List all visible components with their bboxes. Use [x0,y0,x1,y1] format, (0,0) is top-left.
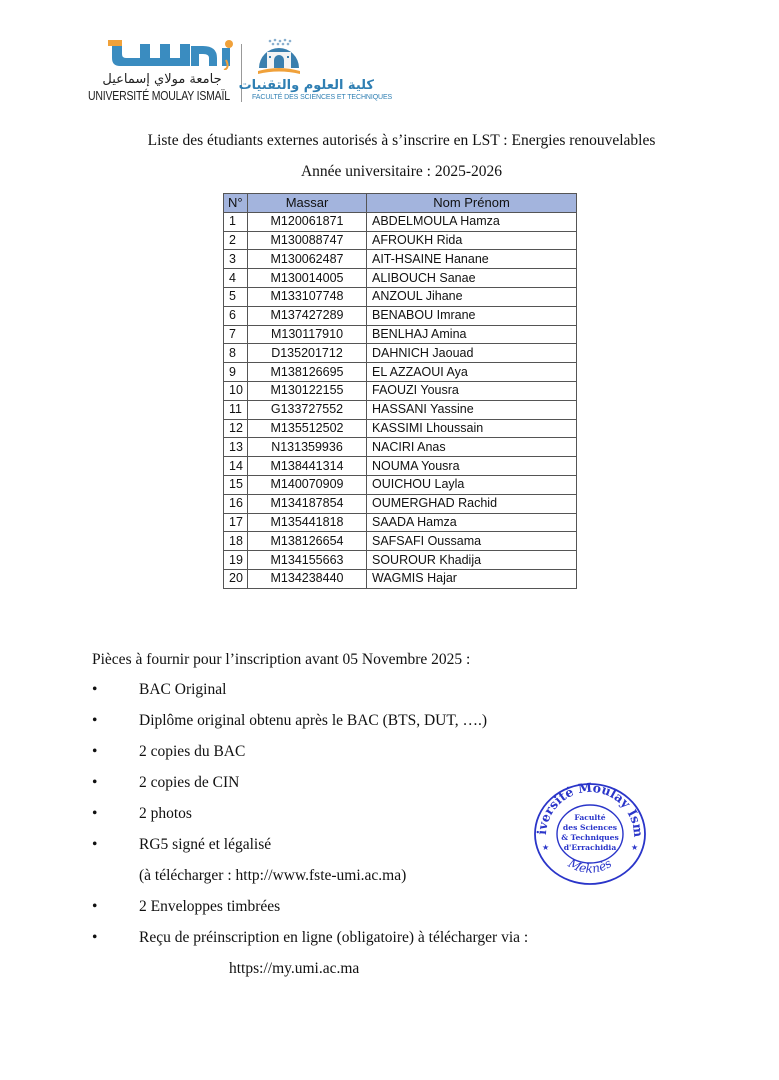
student-name: AFROUKH Rida [367,231,577,250]
svg-text:Meknès: Meknès [565,856,614,876]
massar-code: M138126695 [248,363,367,382]
student-name: ALIBOUCH Sanae [367,269,577,288]
row-number: 8 [224,344,248,363]
student-name: BENABOU Imrane [367,306,577,325]
massar-code: M134187854 [248,494,367,513]
row-number: 15 [224,475,248,494]
row-number: 4 [224,269,248,288]
student-name: AIT-HSAINE Hanane [367,250,577,269]
table-row: 15M140070909OUICHOU Layla [224,475,577,494]
row-number: 16 [224,494,248,513]
massar-code: M137427289 [248,306,367,325]
student-name: NOUMA Yousra [367,457,577,476]
table-row: 1M120061871ABDELMOULA Hamza [224,212,577,231]
preinscription-url: https://my.umi.ac.ma [229,960,359,978]
row-number: 2 [224,231,248,250]
row-number: 6 [224,306,248,325]
massar-code: M134238440 [248,569,367,588]
massar-code: M130088747 [248,231,367,250]
row-number: 20 [224,569,248,588]
table-row: 18M138126654SAFSAFI Oussama [224,532,577,551]
requirement-text: RG5 signé et légalisé [139,835,271,855]
table-row: 6M137427289BENABOU Imrane [224,306,577,325]
row-number: 9 [224,363,248,382]
row-number: 7 [224,325,248,344]
row-number: 13 [224,438,248,457]
requirement-text: Reçu de préinscription en ligne (obligat… [139,928,528,948]
svg-text:Faculté: Faculté [574,813,605,822]
student-name: WAGMIS Hajar [367,569,577,588]
fst-gate-emblem-icon [256,38,302,80]
table-row: 9M138126695EL AZZAOUI Aya [224,363,577,382]
massar-code: M133107748 [248,287,367,306]
table-row: 16M134187854OUMERGHAD Rachid [224,494,577,513]
requirement-text: BAC Original [139,680,226,700]
student-name: SOUROUR Khadija [367,551,577,570]
row-number: 18 [224,532,248,551]
massar-code: M130062487 [248,250,367,269]
row-number: 17 [224,513,248,532]
student-name: BENLHAJ Amina [367,325,577,344]
row-number: 14 [224,457,248,476]
bullet-icon: • [92,928,102,948]
umi-logo: جامعة مولاي إسماعيل UNIVERSITÉ MOULAY IS… [88,40,238,104]
academic-year: Année universitaire : 2025-2026 [12,163,779,181]
table-row: 17M135441818SAADA Hamza [224,513,577,532]
requirement-text: Diplôme original obtenu après le BAC (BT… [139,711,487,731]
table-row: 7M130117910BENLHAJ Amina [224,325,577,344]
row-number: 12 [224,419,248,438]
column-header-massar: Massar [248,194,367,213]
student-name: ANZOUL Jihane [367,287,577,306]
student-name: OUMERGHAD Rachid [367,494,577,513]
table-row: 11G133727552HASSANI Yassine [224,400,577,419]
student-name: OUICHOU Layla [367,475,577,494]
requirement-text: 2 Enveloppes timbrées [139,897,280,917]
row-number: 19 [224,551,248,570]
svg-text:★: ★ [542,843,549,852]
student-name: DAHNICH Jaouad [367,344,577,363]
massar-code: M130117910 [248,325,367,344]
table-row: 3M130062487AIT-HSAINE Hanane [224,250,577,269]
table-header-row: N° Massar Nom Prénom [224,194,577,213]
student-name: SAADA Hamza [367,513,577,532]
table-row: 20M134238440WAGMIS Hajar [224,569,577,588]
row-number: 1 [224,212,248,231]
svg-text:& Techniques: & Techniques [561,833,619,842]
document-title: Liste des étudiants externes autorisés à… [12,132,779,150]
student-name: EL AZZAOUI Aya [367,363,577,382]
faculty-stamp-icon: Université Moulay Ismaïl Meknès ★ ★ Facu… [532,780,648,886]
fst-latin-name: FACULTÉ DES SCIENCES ET TECHNIQUES [252,94,377,101]
row-number: 3 [224,250,248,269]
bullet-icon: • [92,711,102,731]
logo-divider [241,44,242,102]
massar-code: D135201712 [248,344,367,363]
bullet-icon: • [92,804,102,824]
table-row: 10M130122155FAOUZI Yousra [224,381,577,400]
table-row: 12M135512502KASSIMI Lhoussain [224,419,577,438]
student-name: FAOUZI Yousra [367,381,577,400]
massar-code: M120061871 [248,212,367,231]
students-table-body: 1M120061871ABDELMOULA Hamza2M130088747AF… [224,212,577,588]
student-name: NACIRI Anas [367,438,577,457]
student-name: ABDELMOULA Hamza [367,212,577,231]
svg-text:★: ★ [631,843,638,852]
table-row: 5M133107748ANZOUL Jihane [224,287,577,306]
table-row: 4M130014005ALIBOUCH Sanae [224,269,577,288]
student-name: SAFSAFI Oussama [367,532,577,551]
bullet-icon: • [92,773,102,793]
row-number: 10 [224,381,248,400]
row-number: 5 [224,287,248,306]
svg-text:d'Errachidia: d'Errachidia [564,843,617,852]
students-table: N° Massar Nom Prénom 1M120061871ABDELMOU… [223,193,577,589]
svg-text:des Sciences: des Sciences [563,823,617,832]
massar-code: M135512502 [248,419,367,438]
massar-code: M135441818 [248,513,367,532]
umi-arabic-name: جامعة مولاي إسماعيل [92,72,232,87]
fst-arabic-name: كلية العلوم والتقنيات [252,78,374,93]
massar-code: M130122155 [248,381,367,400]
requirement-text: 2 photos [139,804,192,824]
bullet-icon: • [92,897,102,917]
requirements-heading: Pièces à fournir pour l’inscription avan… [92,651,470,669]
requirement-text: 2 copies du BAC [139,742,245,762]
umi-latin-name: UNIVERSITÉ MOULAY ISMAÏL [88,89,238,103]
bullet-icon: • [92,835,102,855]
student-name: KASSIMI Lhoussain [367,419,577,438]
massar-code: M134155663 [248,551,367,570]
requirement-text: 2 copies de CIN [139,773,239,793]
column-header-name: Nom Prénom [367,194,577,213]
row-number: 11 [224,400,248,419]
massar-code: M130014005 [248,269,367,288]
table-row: 8D135201712DAHNICH Jaouad [224,344,577,363]
bullet-icon: • [92,680,102,700]
massar-code: M140070909 [248,475,367,494]
table-row: 19M134155663SOUROUR Khadija [224,551,577,570]
fst-logo: كلية العلوم والتقنيات FACULTÉ DES SCIENC… [252,38,382,104]
massar-code: M138441314 [248,457,367,476]
umi-logo-mark-icon [108,40,238,70]
table-row: 2M130088747AFROUKH Rida [224,231,577,250]
column-header-number: N° [224,194,248,213]
student-name: HASSANI Yassine [367,400,577,419]
table-row: 14M138441314NOUMA Yousra [224,457,577,476]
massar-code: G133727552 [248,400,367,419]
table-row: 13N131359936NACIRI Anas [224,438,577,457]
massar-code: M138126654 [248,532,367,551]
bullet-icon: • [92,742,102,762]
massar-code: N131359936 [248,438,367,457]
requirement-text: (à télécharger : http://www.fste-umi.ac.… [139,866,406,886]
